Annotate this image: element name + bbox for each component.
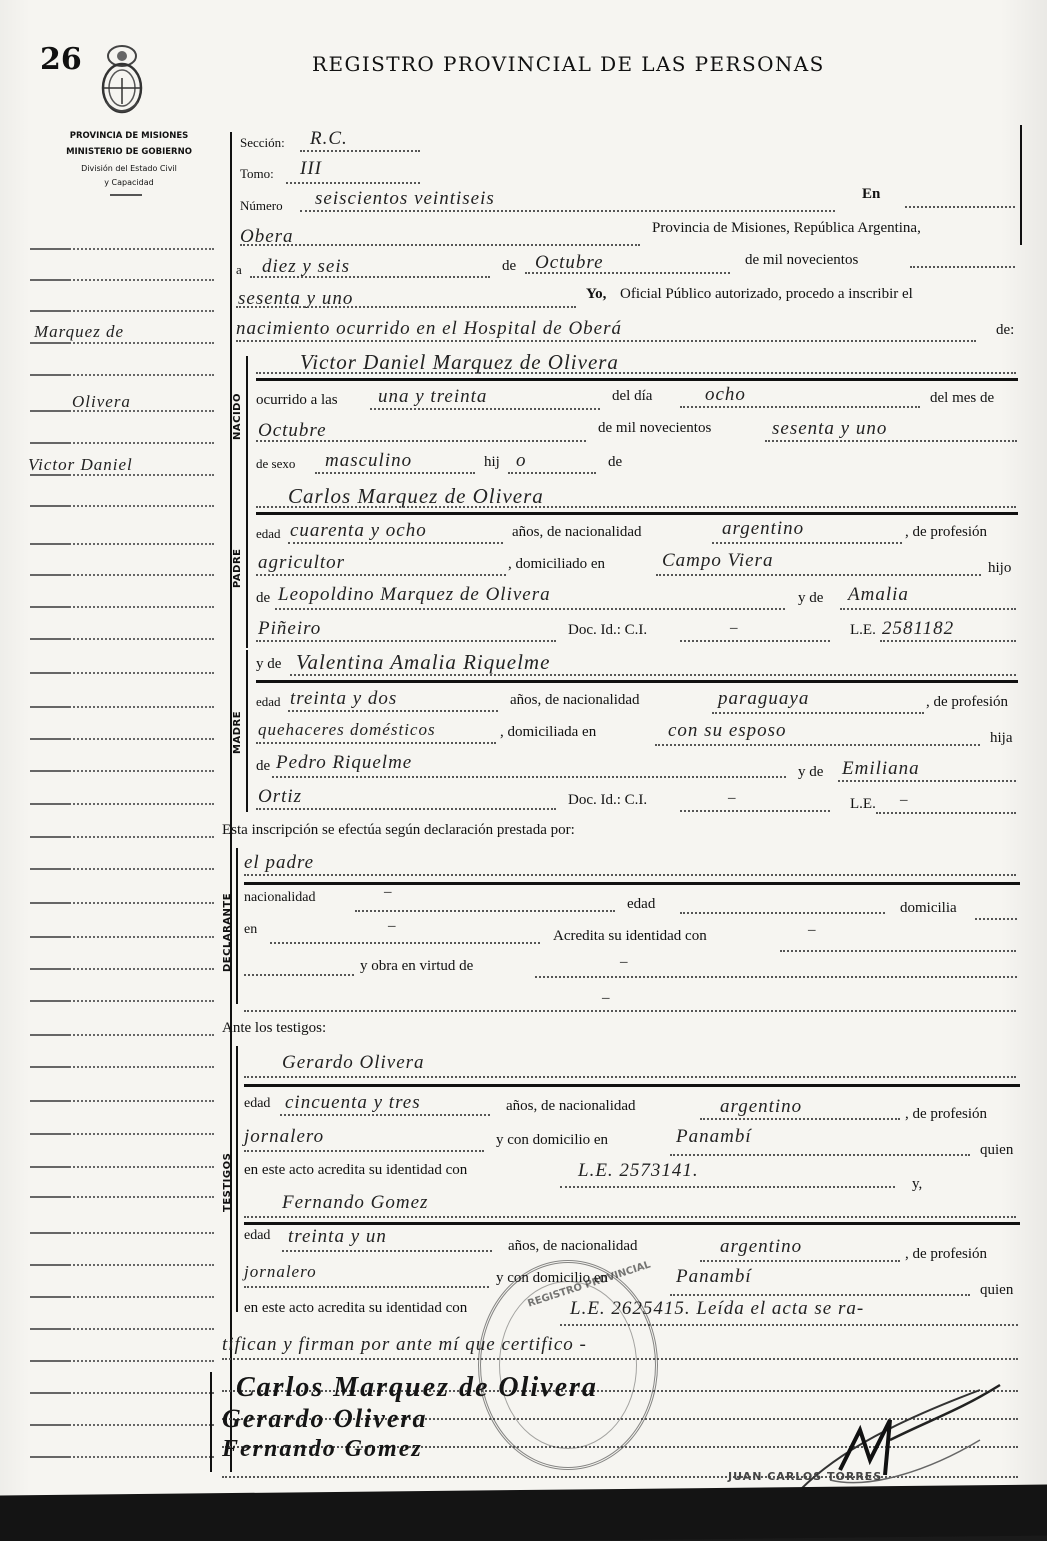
signature-declarante: Carlos Marquez de Olivera [236,1372,598,1404]
birth-day-label: del día [612,388,652,405]
right-border [1020,125,1022,245]
hija-label: hija [990,730,1013,747]
father-parent2-name: Amalia [848,584,909,606]
father-age-value: cuarenta y ocho [290,520,427,542]
official-statement: Oficial Público autorizado, procedo a in… [620,286,913,303]
declarante-obra-value: – [620,954,628,971]
main-divider [230,132,232,1472]
witness-2-domicile-value: Panambí [676,1266,752,1288]
registration-month: Octubre [535,252,604,274]
mother-doc-label: Doc. Id.: C.I. [568,792,647,809]
father-domicile-label: , domiciliado en [508,556,605,573]
declarante-en-value: – [388,918,396,935]
father-doc-label: Doc. Id.: C.I. [568,622,647,639]
mother-parent2-name-cont: Ortiz [258,786,302,808]
declarante-intro: Esta inscripción se efectúa según declar… [222,822,575,839]
mother-parent2-prefix: y de [798,764,823,781]
de-parents-label: de [608,454,622,471]
mother-name: Valentina Amalia Riquelme [296,650,550,675]
witness-1-age-label: edad [244,1096,270,1112]
mother-nationality-label: años, de nacionalidad [510,692,640,709]
birth-hour-label: ocurrido a las [256,392,338,409]
signature-witness-1: Gerardo Olivera [222,1404,427,1434]
declarante-acredita-label: Acredita su identidad con [553,928,707,945]
father-parent2-name-cont: Piñeiro [258,618,321,640]
padre-section-label: PADRE [232,549,243,588]
birth-month-label: del mes de [930,390,994,407]
father-nationality-value: argentino [722,518,804,540]
tomo-label: Tomo: [240,166,274,182]
hij-value: o [516,450,527,472]
declarante-en-label: en [244,922,257,938]
document-title: REGISTRO PROVINCIAL DE LAS PERSONAS [312,52,825,76]
mother-ci-value: – [728,790,736,807]
witness-1-acredita-label: en este acto acredita su identidad con [244,1162,467,1179]
testigos-section-label: TESTIGOS [222,1153,233,1212]
witness-2-profession-label: , de profesión [905,1246,987,1263]
mother-domicile-label: , domiciliada en [500,724,596,741]
witness-1-name: Gerardo Olivera [282,1052,425,1074]
witness-2-nationality-value: argentino [720,1236,802,1258]
witness-2-age-label: edad [244,1228,270,1244]
birth-year-label: de mil novecientos [598,420,711,437]
father-profession-label: , de profesión [905,524,987,541]
margin-note-given-names: Victor Daniel [28,455,133,475]
mother-profession-label: , de profesión [926,694,1008,711]
mother-parent1-prefix: de [256,758,270,775]
event-description: nacimiento ocurrido en el Hospital de Ob… [236,318,622,340]
mother-profession-value: quehaceres domésticos [258,720,436,740]
declarante-obra-label: y obra en virtud de [360,958,473,975]
father-parent1-name: Leopoldino Marquez de Olivera [278,584,551,606]
folio-number: 26 [40,42,82,77]
declarante-domicile-label: domicilia [900,900,957,917]
declarante-nationality-value: – [384,884,392,901]
tomo-value: III [300,158,322,180]
father-le-label: L.E. [850,622,876,639]
hijo-label: hijo [988,560,1011,577]
mother-nationality-value: paraguaya [718,688,809,710]
witness-2-quien-label: quien [980,1282,1013,1299]
father-ci-value: – [730,620,738,637]
father-domicile-value: Campo Viera [662,550,773,572]
declarante-nationality-label: nacionalidad [244,890,316,906]
witness-1-domicile-value: Panambí [676,1126,752,1148]
mother-prefix: y de [256,656,281,673]
witness-1-profession-label: , de profesión [905,1106,987,1123]
document-page: 26 REGISTRO PROVINCIAL DE LAS PERSONAS P… [0,0,1047,1512]
declarante-section-label: DECLARANTE [222,893,233,972]
declarante-acredita-value: – [808,922,816,939]
witness-2-profession-value: jornalero [244,1262,317,1282]
mother-parent1-name: Pedro Riquelme [276,752,412,774]
birth-day-value: ocho [705,384,746,406]
numero-label: Número [240,198,283,214]
father-profession-value: agricultor [258,552,345,574]
year-prefix-label: de mil novecientos [745,252,858,269]
witness-1-tail: y, [912,1176,922,1193]
mother-le-value: – [900,792,908,809]
padre-bracket [246,484,248,648]
father-parent2-prefix: y de [798,590,823,607]
org-ministry: MINISTERIO DE GOBIERNO [34,146,224,159]
registration-day: diez y seis [262,256,350,278]
seccion-label: Sección: [240,135,285,151]
org-underline [110,194,142,196]
coat-of-arms-icon [98,42,146,118]
witness-2-name: Fernando Gomez [282,1192,428,1214]
nacido-section-label: NACIDO [232,393,243,440]
seccion-value: R.C. [310,128,348,150]
org-division-cont: y Capacidad [34,176,224,189]
en-label: En [862,186,880,203]
father-parent1-prefix: de [256,590,270,607]
official-name: JUAN CARLOS TORRES [728,1470,882,1483]
witness-1-age-value: cincuenta y tres [285,1092,421,1114]
witness-2-age-value: treinta y un [288,1226,387,1248]
madre-section-label: MADRE [232,711,243,754]
scan-background-edge [0,1485,1047,1541]
official-yo: Yo, [586,286,606,303]
nacido-bracket [246,356,248,484]
birth-hour-value: una y treinta [378,386,487,408]
mother-le-label: L.E. [850,796,876,813]
date-de-label: de [502,258,516,275]
father-le-value: 2581182 [882,618,954,640]
mother-age-value: treinta y dos [290,688,397,710]
de-colon-label: de: [996,322,1014,339]
sex-value: masculino [325,450,412,472]
father-age-label: edad [256,526,281,542]
testigos-intro: Ante los testigos: [222,1020,326,1037]
sex-label: de sexo [256,456,295,472]
testigos-bracket [236,1046,238,1312]
margin-note-surname-2: Olivera [72,392,131,412]
margin-note-surname: Marquez de [34,322,124,342]
official-seal-stamp: REGISTRO PROVINCIAL [478,1260,658,1470]
witness-1-nationality-value: argentino [720,1096,802,1118]
declarante-name: el padre [244,852,314,874]
hij-label: hij [484,454,500,471]
witness-1-domicile-label: y con domicilio en [496,1132,608,1149]
witness-1-quien-label: quien [980,1142,1013,1159]
witness-1-nationality-label: años, de nacionalidad [506,1098,636,1115]
declarante-age-label: edad [627,896,655,913]
declarante-bracket [236,848,238,1004]
birth-month-value: Octubre [258,420,327,442]
witness-2-acredita-label: en este acto acredita su identidad con [244,1300,467,1317]
mother-domicile-value: con su esposo [668,720,787,742]
witness-2-nationality-label: años, de nacionalidad [508,1238,638,1255]
declarante-extra-value: – [602,990,610,1007]
org-division: División del Estado Civil [34,162,224,175]
date-a-label: a [236,262,242,278]
witness-1-id-value: L.E. 2573141. [578,1160,699,1182]
numero-value: seiscientos veintiseis [315,188,495,210]
mother-age-label: edad [256,694,281,710]
madre-bracket [246,650,248,812]
signature-witness-2: Fernando Gomez [222,1436,423,1463]
father-nationality-label: años, de nacionalidad [512,524,642,541]
witness-1-profession-value: jornalero [244,1126,324,1148]
mother-parent2-name: Emiliana [842,758,920,780]
signature-bracket [210,1372,212,1472]
birth-year-value: sesenta y uno [772,418,887,440]
org-province: PROVINCIA DE MISIONES [34,130,224,143]
province-text: Provincia de Misiones, República Argenti… [652,220,921,237]
